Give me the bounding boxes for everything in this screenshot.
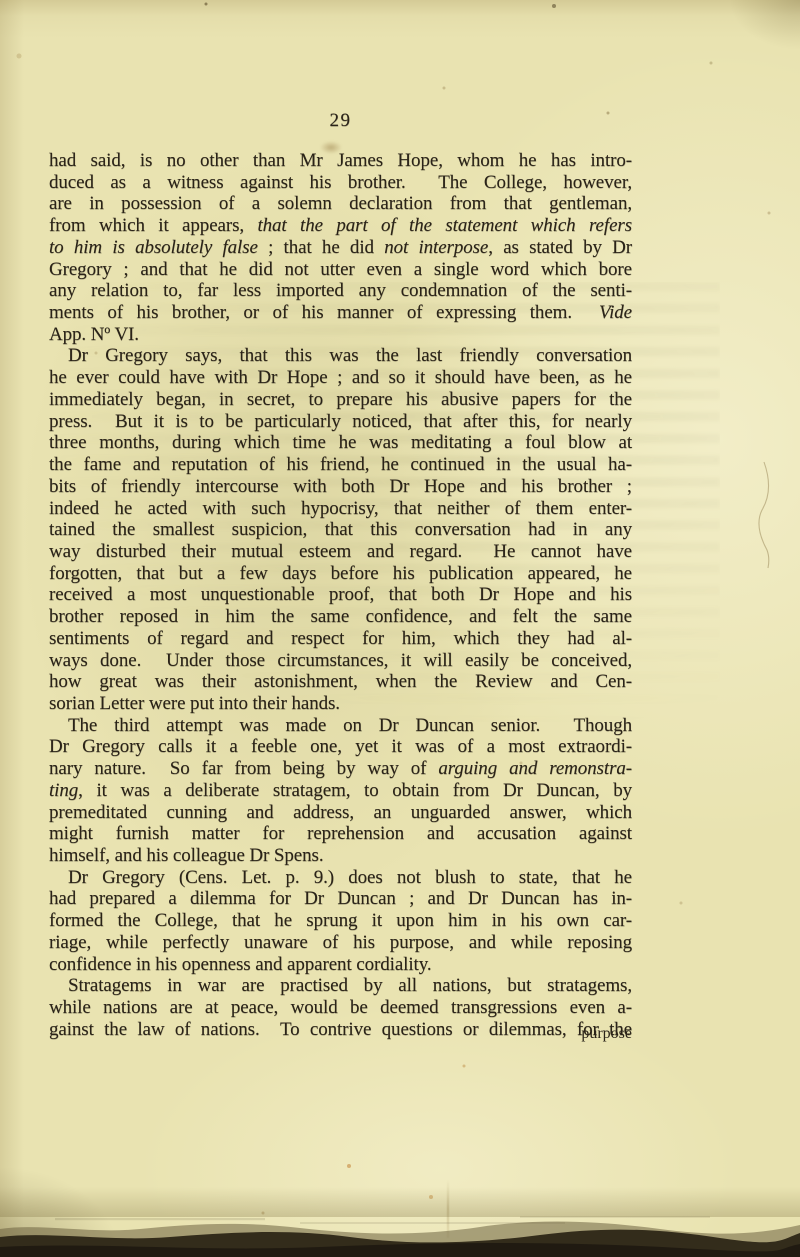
- text-segment: , it was a deliberate stratagem, to obta…: [78, 780, 632, 801]
- text-segment: Gregory ; and that he did not utter even…: [49, 259, 632, 280]
- text-line: Dr Gregory says, that this was the last …: [49, 345, 632, 367]
- text-segment: bits of friendly intercourse with both D…: [49, 476, 632, 497]
- text-segment: might furnish matter for reprehension an…: [49, 823, 632, 844]
- text-segment: The third attempt was made on Dr Duncan …: [68, 715, 632, 736]
- text-line: any relation to, far less imported any c…: [49, 280, 632, 302]
- page-number: 29: [49, 110, 632, 132]
- italic-text-segment: not interpose: [384, 237, 488, 258]
- text-segment: Dr Gregory says, that this was the last …: [68, 345, 632, 366]
- text-line: Gregory ; and that he did not utter even…: [49, 259, 632, 281]
- text-line: himself, and his colleague Dr Spens.: [49, 845, 632, 867]
- body-text: had said, is no other than Mr James Hope…: [49, 150, 632, 1040]
- text-segment: premeditated cunning and address, an ung…: [49, 802, 632, 823]
- text-segment: brother reposed in him the same confiden…: [49, 606, 632, 627]
- text-line: are in possession of a solemn declaratio…: [49, 193, 632, 215]
- text-line: tained the smallest suspicion, that this…: [49, 519, 632, 541]
- text-segment: the fame and reputation of his friend, h…: [49, 454, 632, 475]
- text-segment: confidence in his openness and apparent …: [49, 954, 432, 975]
- text-segment: had said, is no other than Mr James Hope…: [49, 150, 632, 171]
- text-line: bits of friendly intercourse with both D…: [49, 476, 632, 498]
- text-line: press. But it is to be particularly noti…: [49, 411, 632, 433]
- text-line: received a most unquestionable proof, th…: [49, 584, 632, 606]
- text-line: forgotten, that but a few days before hi…: [49, 563, 632, 585]
- italic-text-segment: Vide: [599, 302, 632, 323]
- text-line: sorian Letter were put into their hands.: [49, 693, 632, 715]
- text-segment: Stratagems in war are practised by all n…: [68, 975, 632, 996]
- text-segment: ; that he did: [258, 237, 384, 258]
- text-line: three months, during which time he was m…: [49, 432, 632, 454]
- text-line: Dr Gregory (Cens. Let. p. 9.) does not b…: [49, 867, 632, 889]
- text-line: ting, it was a deliberate stratagem, to …: [49, 780, 632, 802]
- text-line: The third attempt was made on Dr Duncan …: [49, 715, 632, 737]
- text-line: had said, is no other than Mr James Hope…: [49, 150, 632, 172]
- italic-text-segment: that the part of the statement which ref…: [257, 215, 632, 236]
- text-line: way disturbed their mutual esteem and re…: [49, 541, 632, 563]
- catchword-row: purpose: [49, 1023, 632, 1045]
- text-segment: indeed he acted with such hypocrisy, tha…: [49, 498, 632, 519]
- text-segment: formed the College, that he sprung it up…: [49, 910, 632, 931]
- text-line: indeed he acted with such hypocrisy, tha…: [49, 498, 632, 520]
- text-segment: himself, and his colleague Dr Spens.: [49, 845, 323, 866]
- text-segment: nary nature. So far from being by way of: [49, 758, 438, 779]
- text-line: riage, while perfectly unaware of his pu…: [49, 932, 632, 954]
- text-line: how great was their astonishment, when t…: [49, 671, 632, 693]
- text-line: ways done. Under those circumstances, it…: [49, 650, 632, 672]
- text-line: the fame and reputation of his friend, h…: [49, 454, 632, 476]
- text-segment: from which it appears,: [49, 215, 257, 236]
- text-segment: riage, while perfectly unaware of his pu…: [49, 932, 632, 953]
- text-line: App. Nº VI.: [49, 324, 632, 346]
- text-segment: are in possession of a solemn declaratio…: [49, 193, 632, 214]
- text-segment: had prepared a dilemma for Dr Duncan ; a…: [49, 888, 632, 909]
- text-segment: received a most unquestionable proof, th…: [49, 584, 632, 605]
- text-segment: , as stated by Dr: [488, 237, 632, 258]
- text-line: formed the College, that he sprung it up…: [49, 910, 632, 932]
- text-segment: tained the smallest suspicion, that this…: [49, 519, 632, 540]
- text-segment: three months, during which time he was m…: [49, 432, 632, 453]
- text-segment: how great was their astonishment, when t…: [49, 671, 632, 692]
- text-line: sentiments of regard and respect for him…: [49, 628, 632, 650]
- text-segment: Dr Gregory (Cens. Let. p. 9.) does not b…: [68, 867, 632, 888]
- text-line: to him is absolutely false ; that he did…: [49, 237, 632, 259]
- text-line: duced as a witness against his brother. …: [49, 172, 632, 194]
- scan-hair-fiber: [752, 460, 782, 570]
- text-segment: while nations are at peace, would be dee…: [49, 997, 632, 1018]
- text-segment: ments of his brother, or of his manner o…: [49, 302, 599, 323]
- torn-bottom-edge: [0, 1211, 800, 1257]
- italic-text-segment: to him is absolutely false: [49, 237, 258, 258]
- text-segment: App. Nº VI.: [49, 324, 139, 345]
- text-line: Dr Gregory calls it a feeble one, yet it…: [49, 736, 632, 758]
- text-line: brother reposed in him the same confiden…: [49, 606, 632, 628]
- paper-speckles: [0, 0, 2, 2]
- text-segment: immediately began, in secret, to prepare…: [49, 389, 632, 410]
- text-line: from which it appears, that the part of …: [49, 215, 632, 237]
- text-line: had prepared a dilemma for Dr Duncan ; a…: [49, 888, 632, 910]
- italic-text-segment: ting: [49, 780, 78, 801]
- text-segment: ways done. Under those circumstances, it…: [49, 650, 632, 671]
- text-line: nary nature. So far from being by way of…: [49, 758, 632, 780]
- book-page: 29 had said, is no other than Mr James H…: [0, 0, 800, 1257]
- text-segment: way disturbed their mutual esteem and re…: [49, 541, 632, 562]
- text-segment: press. But it is to be particularly noti…: [49, 411, 632, 432]
- text-line: premeditated cunning and address, an ung…: [49, 802, 632, 824]
- text-line: might furnish matter for reprehension an…: [49, 823, 632, 845]
- italic-text-segment: arguing and remonstra-: [438, 758, 632, 779]
- text-segment: sentiments of regard and respect for him…: [49, 628, 632, 649]
- text-segment: Dr Gregory calls it a feeble one, yet it…: [49, 736, 632, 757]
- text-line: while nations are at peace, would be dee…: [49, 997, 632, 1019]
- text-line: he ever could have with Dr Hope ; and so…: [49, 367, 632, 389]
- text-line: ments of his brother, or of his manner o…: [49, 302, 632, 324]
- text-segment: he ever could have with Dr Hope ; and so…: [49, 367, 632, 388]
- text-line: confidence in his openness and apparent …: [49, 954, 632, 976]
- text-line: immediately began, in secret, to prepare…: [49, 389, 632, 411]
- text-segment: duced as a witness against his brother. …: [49, 172, 632, 193]
- catchword: purpose: [49, 1023, 632, 1045]
- text-line: Stratagems in war are practised by all n…: [49, 975, 632, 997]
- text-segment: forgotten, that but a few days before hi…: [49, 563, 632, 584]
- text-segment: sorian Letter were put into their hands.: [49, 693, 340, 714]
- text-segment: any relation to, far less imported any c…: [49, 280, 632, 301]
